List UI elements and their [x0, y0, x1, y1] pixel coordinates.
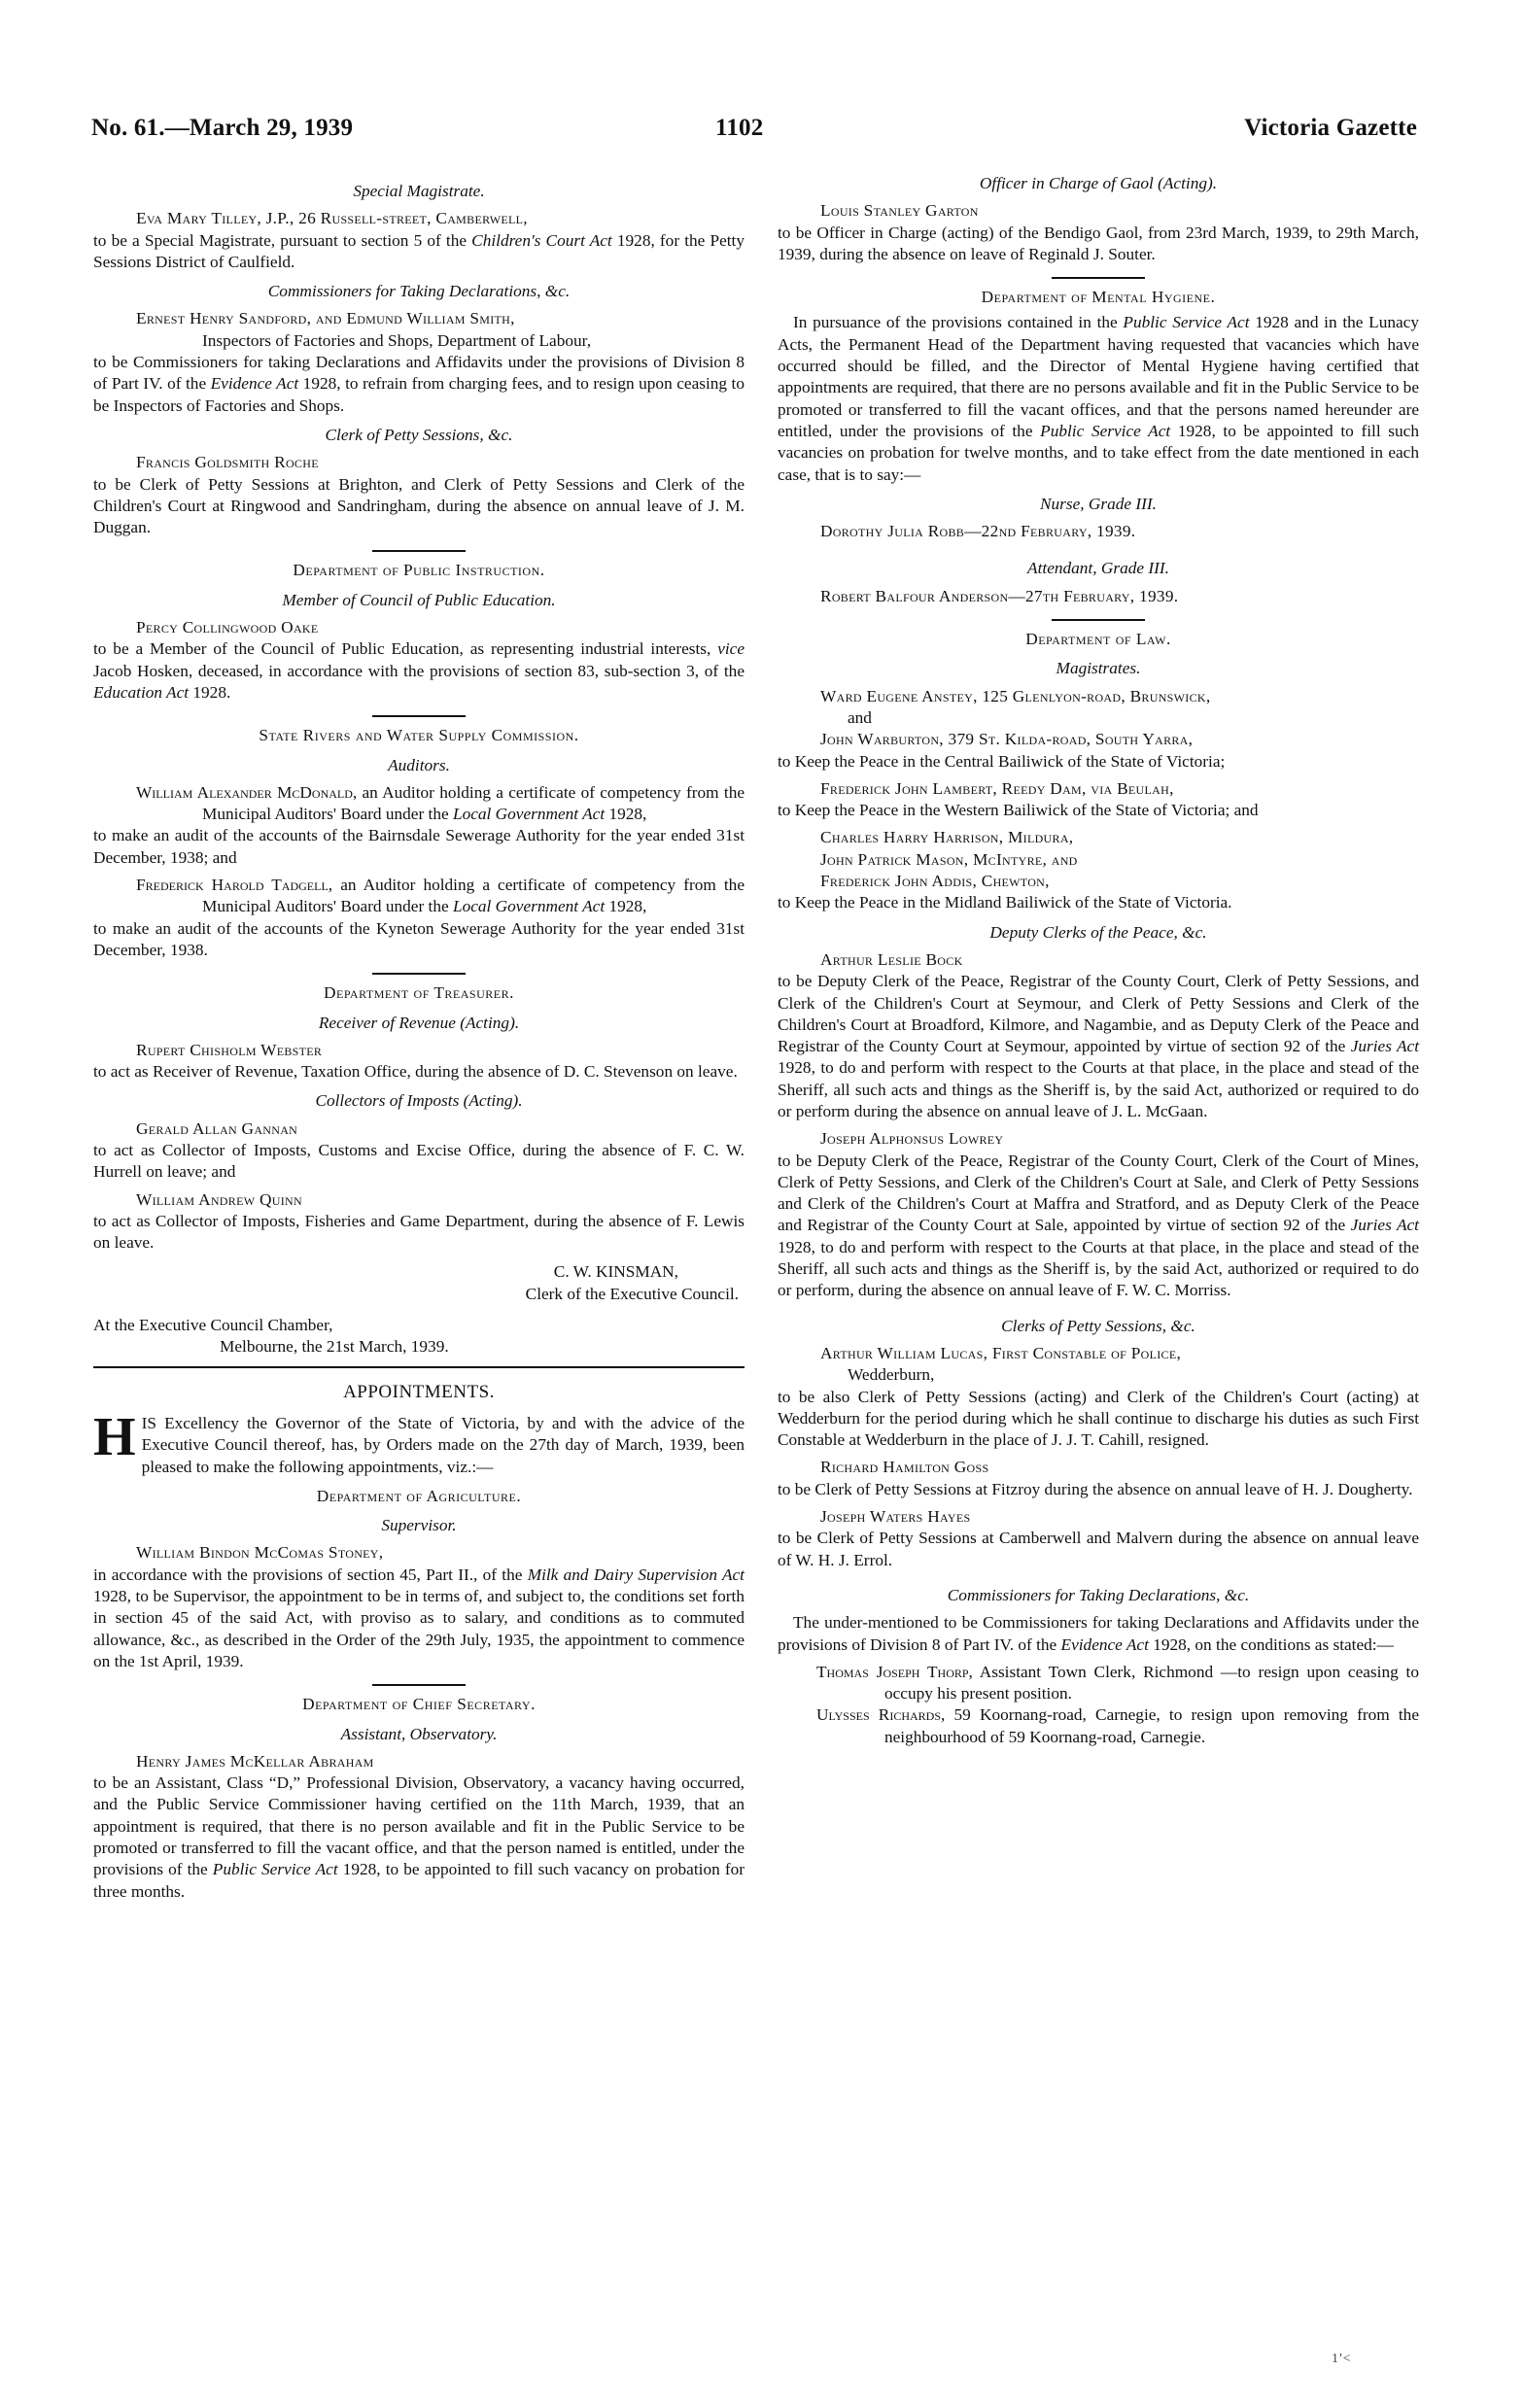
- subheading: Clerk of Petty Sessions, &c.: [93, 425, 745, 446]
- appointee-entry: Robert Balfour Anderson—27th February, 1…: [778, 586, 1419, 607]
- appointee-entry: Dorothy Julia Robb—22nd February, 1939.: [778, 521, 1419, 542]
- drop-cap: H: [93, 1415, 136, 1460]
- subheading: Supervisor.: [93, 1515, 745, 1536]
- section-public-instruction: Department of Public Instruction. Member…: [93, 560, 745, 704]
- appointment-text: to be Deputy Clerk of the Peace, Registr…: [778, 971, 1419, 1122]
- section-divider: [1052, 277, 1145, 279]
- appointment-text: to be Officer in Charge (acting) of the …: [778, 223, 1419, 266]
- signatory-title: Clerk of the Executive Council.: [93, 1284, 739, 1305]
- section-divider: [372, 715, 466, 717]
- subheading: Auditors.: [93, 755, 745, 776]
- appointee-name: Francis Goldsmith Roche: [93, 452, 745, 473]
- appointment-text: to be a Special Magistrate, pursuant to …: [93, 230, 745, 274]
- subheading: Commissioners for Taking Declarations, &…: [93, 281, 745, 302]
- appointee-name: Percy Collingwood Oake: [93, 617, 745, 638]
- appointee-name: Gerald Allan Gannan: [93, 1118, 745, 1140]
- appointment-text: to be Clerk of Petty Sessions at Camberw…: [778, 1528, 1419, 1571]
- subheading: Clerks of Petty Sessions, &c.: [778, 1316, 1419, 1337]
- appointee-name: Henry James McKellar Abraham: [93, 1751, 745, 1772]
- appointment-text: to act as Collector of Imposts, Customs …: [93, 1140, 745, 1184]
- section-divider: [1052, 619, 1145, 621]
- appointee-name: John Patrick Mason, McIntyre, and: [778, 849, 1419, 871]
- appointee-name: Joseph Waters Hayes: [778, 1506, 1419, 1528]
- appointment-text: to act as Collector of Imposts, Fisherie…: [93, 1211, 745, 1255]
- subheading: Assistant, Observatory.: [93, 1724, 745, 1745]
- signatory-name: C. W. KINSMAN,: [93, 1261, 739, 1283]
- page-number: 1102: [715, 115, 763, 142]
- department-heading: Department of Chief Secretary.: [93, 1694, 745, 1715]
- issue-number-date: No. 61.—March 29, 1939: [91, 115, 353, 142]
- appointee-name: Ward Eugene Anstey, 125 Glenlyon-road, B…: [778, 686, 1419, 707]
- subheading: Magistrates.: [778, 658, 1419, 679]
- appointee-name: William Andrew Quinn: [93, 1189, 745, 1211]
- department-heading: Department of Agriculture.: [93, 1486, 745, 1507]
- appointment-text: to be a Member of the Council of Public …: [93, 638, 745, 704]
- appointment-text: in accordance with the provisions of sec…: [93, 1565, 745, 1672]
- appointee-description: Inspectors of Factories and Shops, Depar…: [93, 330, 745, 352]
- section-chief-secretary: Department of Chief Secretary. Assistant…: [93, 1694, 745, 1903]
- subheading: Commissioners for Taking Declarations, &…: [778, 1585, 1419, 1606]
- appointment-text: In pursuance of the provisions contained…: [778, 312, 1419, 485]
- appointee-entry: Frederick Harold Tadgell, an Auditor hol…: [93, 875, 745, 918]
- section-clerk-petty-sessions: Clerk of Petty Sessions, &c. Francis Gol…: [93, 425, 745, 538]
- appointment-text: to act as Receiver of Revenue, Taxation …: [93, 1061, 745, 1083]
- section-gaol: Officer in Charge of Gaol (Acting). Loui…: [778, 173, 1419, 265]
- publication-title: Victoria Gazette: [1244, 115, 1417, 142]
- appointee-location: Wedderburn,: [778, 1364, 1419, 1386]
- stray-mark: 1’<: [1332, 2352, 1351, 2367]
- department-heading: State Rivers and Water Supply Commission…: [93, 725, 745, 746]
- list-item: Ulysses Richards, 59 Koornang-road, Carn…: [778, 1704, 1419, 1748]
- commissioner-list: Thomas Joseph Thorp, Assistant Town Cler…: [778, 1662, 1419, 1748]
- section-state-rivers: State Rivers and Water Supply Commission…: [93, 725, 745, 961]
- appointment-text: to be Clerk of Petty Sessions at Brighto…: [93, 474, 745, 539]
- department-heading: Department of Treasurer.: [93, 982, 745, 1004]
- conjunction: and: [778, 707, 1419, 729]
- subheading: Nurse, Grade III.: [778, 494, 1419, 515]
- subheading: Collectors of Imposts (Acting).: [93, 1090, 745, 1112]
- department-heading: Department of Mental Hygiene.: [778, 287, 1419, 308]
- list-item: Thomas Joseph Thorp, Assistant Town Cler…: [778, 1662, 1419, 1705]
- appointee-name: Frederick John Lambert, Reedy Dam, via B…: [778, 778, 1419, 800]
- section-divider: [372, 973, 466, 975]
- appointee-entry: William Alexander McDonald, an Auditor h…: [93, 782, 745, 826]
- section-agriculture: Department of Agriculture. Supervisor. W…: [93, 1486, 745, 1672]
- full-width-divider: [93, 1366, 745, 1368]
- appointment-text: to Keep the Peace in the Midland Bailiwi…: [778, 892, 1419, 913]
- appointment-text: to Keep the Peace in the Central Bailiwi…: [778, 751, 1419, 773]
- appointee-name: Joseph Alphonsus Lowrey: [778, 1128, 1419, 1150]
- subheading: Member of Council of Public Education.: [93, 590, 745, 611]
- appointments-intro: HIS Excellency the Governor of the State…: [93, 1413, 745, 1478]
- section-treasurer: Department of Treasurer. Receiver of Rev…: [93, 982, 745, 1254]
- signature-block: C. W. KINSMAN, Clerk of the Executive Co…: [93, 1261, 745, 1305]
- left-column: Special Magistrate. Eva Mary Tilley, J.P…: [93, 173, 745, 1910]
- appointee-name: Ernest Henry Sandford, and Edmund Willia…: [93, 308, 745, 329]
- section-divider: [372, 1684, 466, 1686]
- right-column: Officer in Charge of Gaol (Acting). Loui…: [778, 173, 1419, 1756]
- subheading: Deputy Clerks of the Peace, &c.: [778, 922, 1419, 944]
- chamber-location: At the Executive Council Chamber, Melbou…: [93, 1315, 745, 1359]
- appointment-text: The under-mentioned to be Commissioners …: [778, 1612, 1419, 1656]
- appointee-name: Arthur William Lucas, First Constable of…: [778, 1343, 1419, 1364]
- appointments-title: APPOINTMENTS.: [93, 1382, 745, 1403]
- section-appointments: APPOINTMENTS. HIS Excellency the Governo…: [93, 1382, 745, 1478]
- chamber-line: At the Executive Council Chamber,: [93, 1315, 745, 1336]
- appointee-name: Frederick John Addis, Chewton,: [778, 871, 1419, 892]
- appointee-name: Louis Stanley Garton: [778, 200, 1419, 222]
- appointment-text: to be Deputy Clerk of the Peace, Registr…: [778, 1151, 1419, 1302]
- appointee-name: Eva Mary Tilley, J.P., 26 Russell-street…: [93, 208, 745, 229]
- chamber-date: Melbourne, the 21st March, 1939.: [93, 1336, 745, 1358]
- appointment-text: to be Commissioners for taking Declarati…: [93, 352, 745, 417]
- section-mental-hygiene: Department of Mental Hygiene. In pursuan…: [778, 287, 1419, 607]
- subheading: Officer in Charge of Gaol (Acting).: [778, 173, 1419, 194]
- department-heading: Department of Law.: [778, 629, 1419, 650]
- appointment-text: to make an audit of the accounts of the …: [93, 825, 745, 869]
- appointment-text: to be an Assistant, Class “D,” Professio…: [93, 1772, 745, 1903]
- subheading: Special Magistrate.: [93, 181, 745, 202]
- appointee-name: William Bindon McComas Stoney,: [93, 1542, 745, 1564]
- appointment-text: to be Clerk of Petty Sessions at Fitzroy…: [778, 1479, 1419, 1500]
- section-divider: [372, 550, 466, 552]
- section-commissioners: Commissioners for Taking Declarations, &…: [93, 281, 745, 417]
- section-special-magistrate: Special Magistrate. Eva Mary Tilley, J.P…: [93, 181, 745, 273]
- department-heading: Department of Public Instruction.: [93, 560, 745, 581]
- appointee-name: Charles Harry Harrison, Mildura,: [778, 827, 1419, 848]
- appointment-text: to be also Clerk of Petty Sessions (acti…: [778, 1387, 1419, 1452]
- subheading: Attendant, Grade III.: [778, 558, 1419, 579]
- appointment-text: to Keep the Peace in the Western Bailiwi…: [778, 800, 1419, 821]
- appointee-name: Richard Hamilton Goss: [778, 1457, 1419, 1478]
- appointee-name: Rupert Chisholm Webster: [93, 1040, 745, 1061]
- appointee-name: John Warburton, 379 St. Kilda-road, Sout…: [778, 729, 1419, 750]
- appointment-text: to make an audit of the accounts of the …: [93, 918, 745, 962]
- appointee-name: Arthur Leslie Bock: [778, 949, 1419, 971]
- section-law: Department of Law. Magistrates. Ward Eug…: [778, 629, 1419, 1748]
- subheading: Receiver of Revenue (Acting).: [93, 1013, 745, 1034]
